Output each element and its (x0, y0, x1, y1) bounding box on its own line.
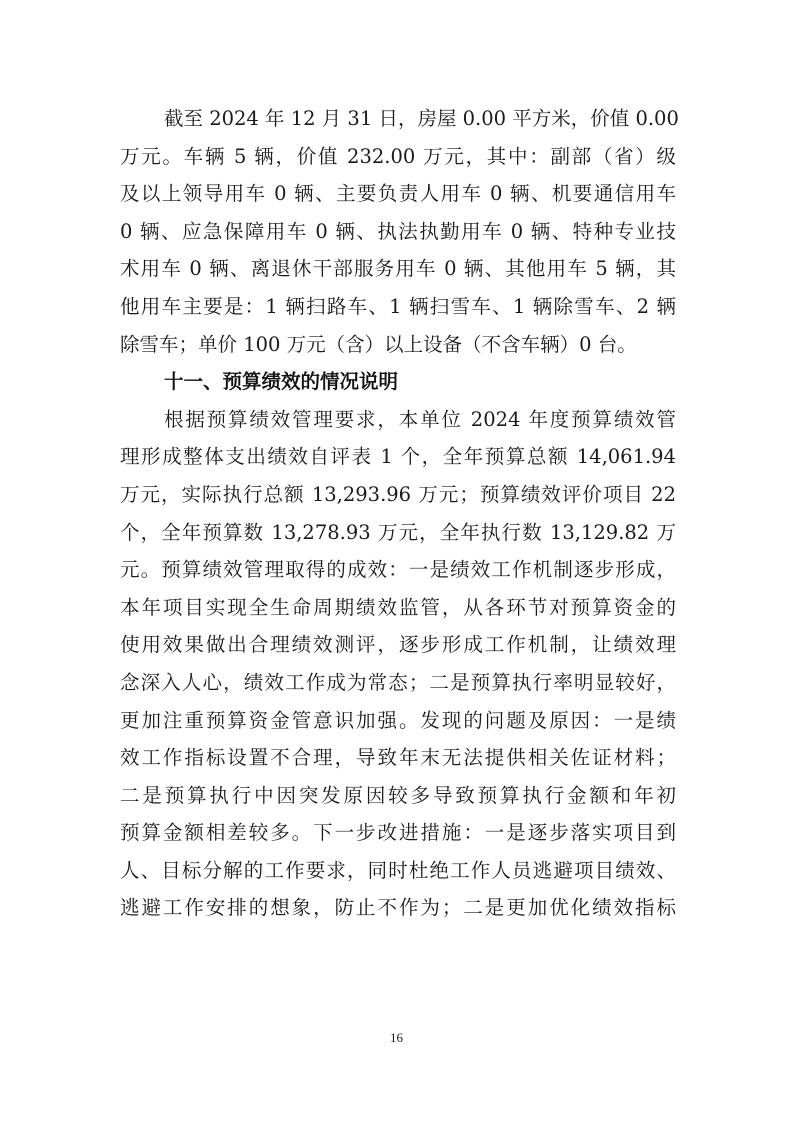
text-line: 万元。车辆 5 辆，价值 232.00 万元，其中：副部（省）级 (120, 138, 676, 176)
text-line: 元。预算绩效管理取得的成效：一是绩效工作机制逐步形成， (120, 551, 676, 589)
text-line: 除雪车；单价 100 万元（含）以上设备（不含车辆）0 台。 (120, 326, 676, 364)
text-line: 他用车主要是：1 辆扫路车、1 辆扫雪车、1 辆除雪车、2 辆 (120, 288, 676, 326)
text-line: 更加注重预算资金管意识加强。发现的问题及原因：一是绩 (120, 702, 676, 740)
text-line: 0 辆、应急保障用车 0 辆、执法执勤用车 0 辆、特种专业技 (120, 213, 676, 251)
paragraph-performance: 根据预算绩效管理要求，本单位 2024 年度预算绩效管 理形成整体支出绩效自评表… (120, 401, 676, 927)
text-line: 术用车 0 辆、离退休干部服务用车 0 辆、其他用车 5 辆，其 (120, 250, 676, 288)
section-heading: 十一、预算绩效的情况说明 (120, 363, 676, 401)
text-line: 根据预算绩效管理要求，本单位 2024 年度预算绩效管 (120, 401, 676, 439)
text-line: 人、目标分解的工作要求，同时杜绝工作人员逃避项目绩效、 (120, 852, 676, 890)
text-line: 逃避工作安排的想象，防止不作为；二是更加优化绩效指标 (120, 889, 676, 927)
text-line: 理形成整体支出绩效自评表 1 个，全年预算总额 14,061.94 (120, 438, 676, 476)
text-line: 念深入人心，绩效工作成为常态；二是预算执行率明显较好， (120, 664, 676, 702)
text-line: 及以上领导用车 0 辆、主要负责人用车 0 辆、机要通信用车 (120, 175, 676, 213)
page-number: 16 (0, 1030, 793, 1046)
text-line: 万元，实际执行总额 13,293.96 万元；预算绩效评价项目 22 (120, 476, 676, 514)
paragraph-assets: 截至 2024 年 12 月 31 日，房屋 0.00 平方米，价值 0.00 … (120, 100, 676, 363)
text-line: 效工作指标设置不合理，导致年末无法提供相关佐证材料； (120, 739, 676, 777)
text-line: 预算金额相差较多。下一步改进措施：一是逐步落实项目到 (120, 814, 676, 852)
text-line: 使用效果做出合理绩效测评，逐步形成工作机制，让绩效理 (120, 626, 676, 664)
page-content: 截至 2024 年 12 月 31 日，房屋 0.00 平方米，价值 0.00 … (120, 100, 676, 927)
text-line: 截至 2024 年 12 月 31 日，房屋 0.00 平方米，价值 0.00 (120, 100, 676, 138)
text-line: 二是预算执行中因突发原因较多导致预算执行金额和年初 (120, 777, 676, 815)
document-page: 截至 2024 年 12 月 31 日，房屋 0.00 平方米，价值 0.00 … (0, 0, 793, 1122)
text-line: 个，全年预算数 13,278.93 万元，全年执行数 13,129.82 万 (120, 514, 676, 552)
text-line: 本年项目实现全生命周期绩效监管，从各环节对预算资金的 (120, 589, 676, 627)
